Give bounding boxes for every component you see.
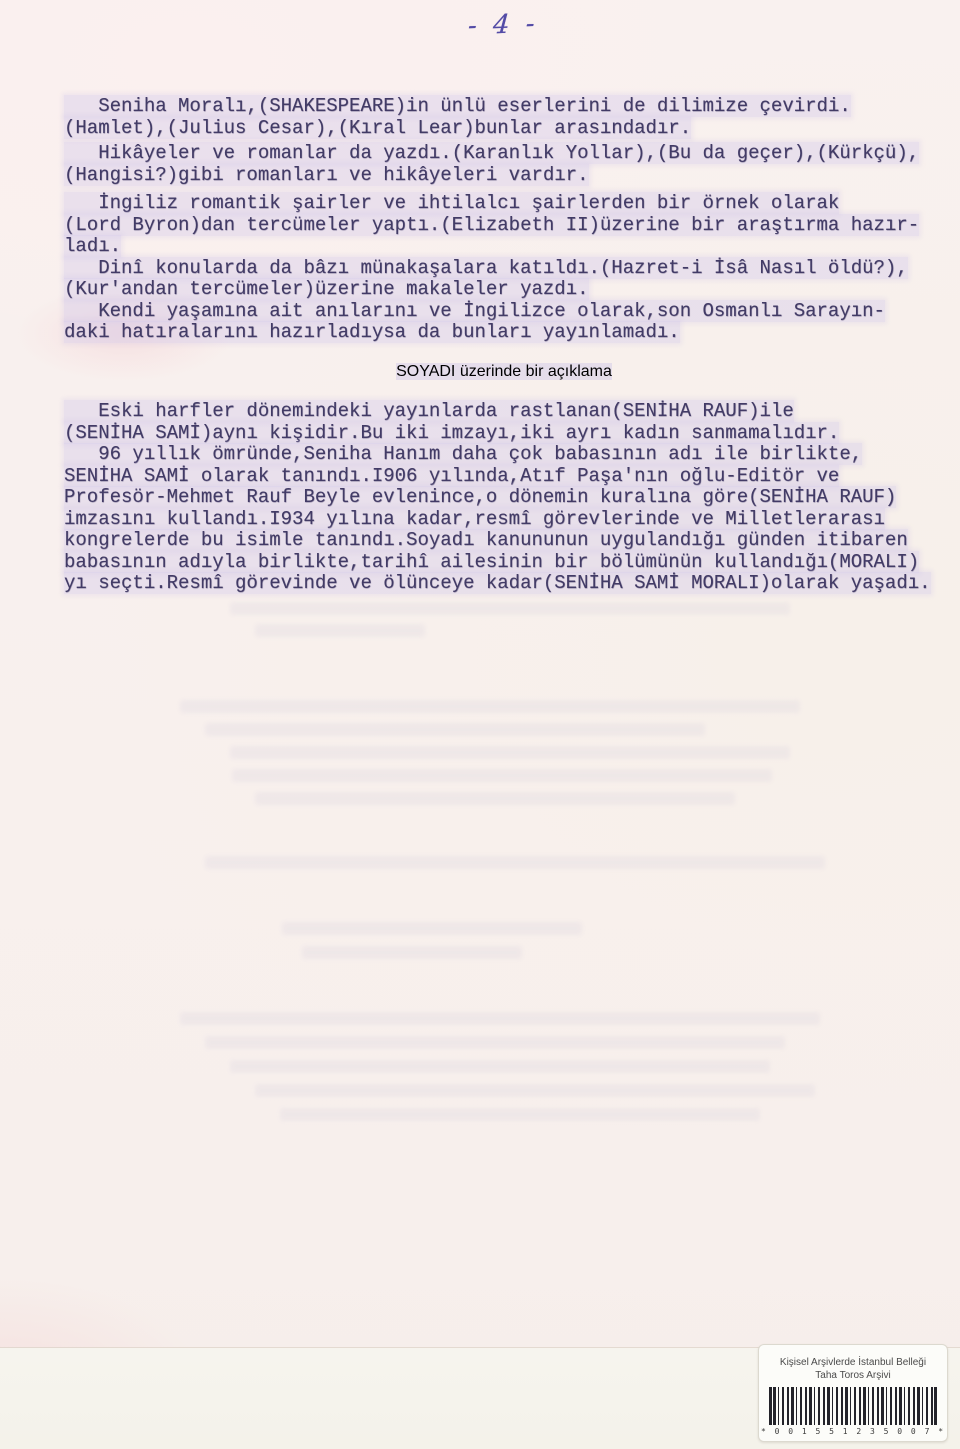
ink-bleed-ghost-row <box>205 856 825 869</box>
archive-label-line1: Kişisel Arşivlerde İstanbul Belleği <box>759 1356 947 1369</box>
typewritten-line: daki hatıralarını hazırladıysa da bunlar… <box>64 322 944 344</box>
typewritten-line-text: imzasını kullandı.I934 yılına kadar,resm… <box>64 508 885 530</box>
ink-bleed-ghost-row <box>180 1012 820 1025</box>
paragraph-surname-explanation: Eski harfler dönemindeki yayınlarda rast… <box>64 401 944 595</box>
typewritten-text-column: Seniha Moralı,(SHAKESPEARE)in ünlü eserl… <box>64 96 944 595</box>
typewritten-line: Hikâyeler ve romanlar da yazdı.(Karanlık… <box>64 143 944 165</box>
typewritten-line-text: (Lord Byron)dan tercümeler yaptı.(Elizab… <box>64 214 919 236</box>
typewritten-line-text: kongrelerde bu isimle tanındı.Soyadı kan… <box>64 529 908 551</box>
typewritten-line: (SENİHA SAMİ)aynı kişidir.Bu iki imzayı,… <box>64 423 944 445</box>
section-heading-text: SOYADI üzerinde bir açıklama <box>396 363 612 380</box>
paragraph-romantic-poets: İngiliz romantik şairler ve ihtilalcı şa… <box>64 193 944 258</box>
typewritten-line: imzasını kullandı.I934 yılına kadar,resm… <box>64 509 944 531</box>
paragraph-shakespeare-translations: Seniha Moralı,(SHAKESPEARE)in ünlü eserl… <box>64 96 944 139</box>
typewritten-line-text: ladı. <box>64 235 121 257</box>
ink-bleed-ghost-row <box>230 746 790 759</box>
archive-barcode-sticker: Kişisel Arşivlerde İstanbul Belleği Taha… <box>758 1344 948 1442</box>
typewritten-line-text: 96 yıllık ömründe,Seniha Hanım daha çok … <box>64 443 862 465</box>
scanned-document-page: - 4 - Seniha Moralı,(SHAKESPEARE)in ünlü… <box>0 0 960 1449</box>
typewritten-line-text: Seniha Moralı,(SHAKESPEARE)in ünlü eserl… <box>64 95 851 117</box>
typewritten-line-text: babasının adıyla birlikte,tarihî ailesin… <box>64 551 919 573</box>
typewritten-line-text: daki hatıralarını hazırladıysa da bunlar… <box>64 321 680 343</box>
typewritten-line: (Hamlet),(Julius Cesar),(Kıral Lear)bunl… <box>64 118 944 140</box>
paragraph-memoirs: Kendi yaşamına ait anılarını ve İngilizc… <box>64 301 944 344</box>
typewritten-line: (Lord Byron)dan tercümeler yaptı.(Elizab… <box>64 215 944 237</box>
typewritten-line-text: Dinî konularda da bâzı münakaşalara katı… <box>64 257 908 279</box>
ink-bleed-ghost-row <box>255 1084 815 1097</box>
typewritten-line: kongrelerde bu isimle tanındı.Soyadı kan… <box>64 530 944 552</box>
typewritten-line: yı seçti.Resmî görevinde ve ölünceye kad… <box>64 573 944 595</box>
typewritten-line: babasının adıyla birlikte,tarihî ailesin… <box>64 552 944 574</box>
ink-bleed-ghost-row <box>230 1060 770 1073</box>
handwritten-page-number: - 4 - <box>467 9 540 42</box>
typewritten-line: Profesör-Mehmet Rauf Beyle evlenince,o d… <box>64 487 944 509</box>
typewritten-line-text: Eski harfler dönemindeki yayınlarda rast… <box>64 400 794 422</box>
ink-bleed-ghost-row <box>232 769 772 782</box>
typewritten-line: 96 yıllık ömründe,Seniha Hanım daha çok … <box>64 444 944 466</box>
section-heading-soyadi: SOYADI üzerinde bir açıklama <box>64 363 944 385</box>
paragraph-religious-debates: Dinî konularda da bâzı münakaşalara katı… <box>64 258 944 301</box>
typewritten-line-text: İngiliz romantik şairler ve ihtilalcı şa… <box>64 192 839 214</box>
typewritten-line-text: Profesör-Mehmet Rauf Beyle evlenince,o d… <box>64 486 896 508</box>
typewritten-line-text: Kendi yaşamına ait anılarını ve İngilizc… <box>64 300 885 322</box>
typewritten-line: SENİHA SAMİ olarak tanındı.I906 yılında,… <box>64 466 944 488</box>
ink-bleed-ghost-row <box>180 700 800 713</box>
typewritten-line: (Hangisi?)gibi romanları ve hikâyeleri v… <box>64 165 944 187</box>
typewritten-line-text: yı seçti.Resmî görevinde ve ölünceye kad… <box>64 572 931 594</box>
barcode-digits: * 0 0 1 5 5 1 2 3 5 0 0 7 * <box>759 1427 947 1436</box>
typewritten-line-text: Hikâyeler ve romanlar da yazdı.(Karanlık… <box>64 142 919 164</box>
ink-bleed-ghost-row <box>230 602 790 615</box>
typewritten-line: Dinî konularda da bâzı münakaşalara katı… <box>64 258 944 280</box>
typewritten-line-text: SENİHA SAMİ olarak tanındı.I906 yılında,… <box>64 465 839 487</box>
typewritten-line-text: (Hamlet),(Julius Cesar),(Kıral Lear)bunl… <box>64 117 691 139</box>
typewritten-line: Eski harfler dönemindeki yayınlarda rast… <box>64 401 944 423</box>
typewritten-line: (Kur'andan tercümeler)üzerine makaleler … <box>64 279 944 301</box>
typewritten-line-text: (Kur'andan tercümeler)üzerine makaleler … <box>64 278 589 300</box>
ink-bleed-ghost-row <box>282 922 582 935</box>
ink-bleed-ghost-row <box>205 1036 785 1049</box>
ink-bleed-ghost-row <box>205 723 705 736</box>
barcode-icon <box>769 1387 937 1425</box>
typewritten-line: Kendi yaşamına ait anılarını ve İngilizc… <box>64 301 944 323</box>
typewritten-line: İngiliz romantik şairler ve ihtilalcı şa… <box>64 193 944 215</box>
paragraph-novels-stories: Hikâyeler ve romanlar da yazdı.(Karanlık… <box>64 143 944 186</box>
typewritten-line-text: (SENİHA SAMİ)aynı kişidir.Bu iki imzayı,… <box>64 422 839 444</box>
ink-bleed-ghost-row <box>280 1108 760 1121</box>
typewritten-line: Seniha Moralı,(SHAKESPEARE)in ünlü eserl… <box>64 96 944 118</box>
typewritten-line: ladı. <box>64 236 944 258</box>
archive-label-line2: Taha Toros Arşivi <box>759 1369 947 1382</box>
typewritten-line-text: (Hangisi?)gibi romanları ve hikâyeleri v… <box>64 164 589 186</box>
ink-bleed-ghost-row <box>302 946 522 959</box>
ink-bleed-ghost-row <box>255 624 425 637</box>
ink-bleed-ghost-row <box>255 792 735 805</box>
